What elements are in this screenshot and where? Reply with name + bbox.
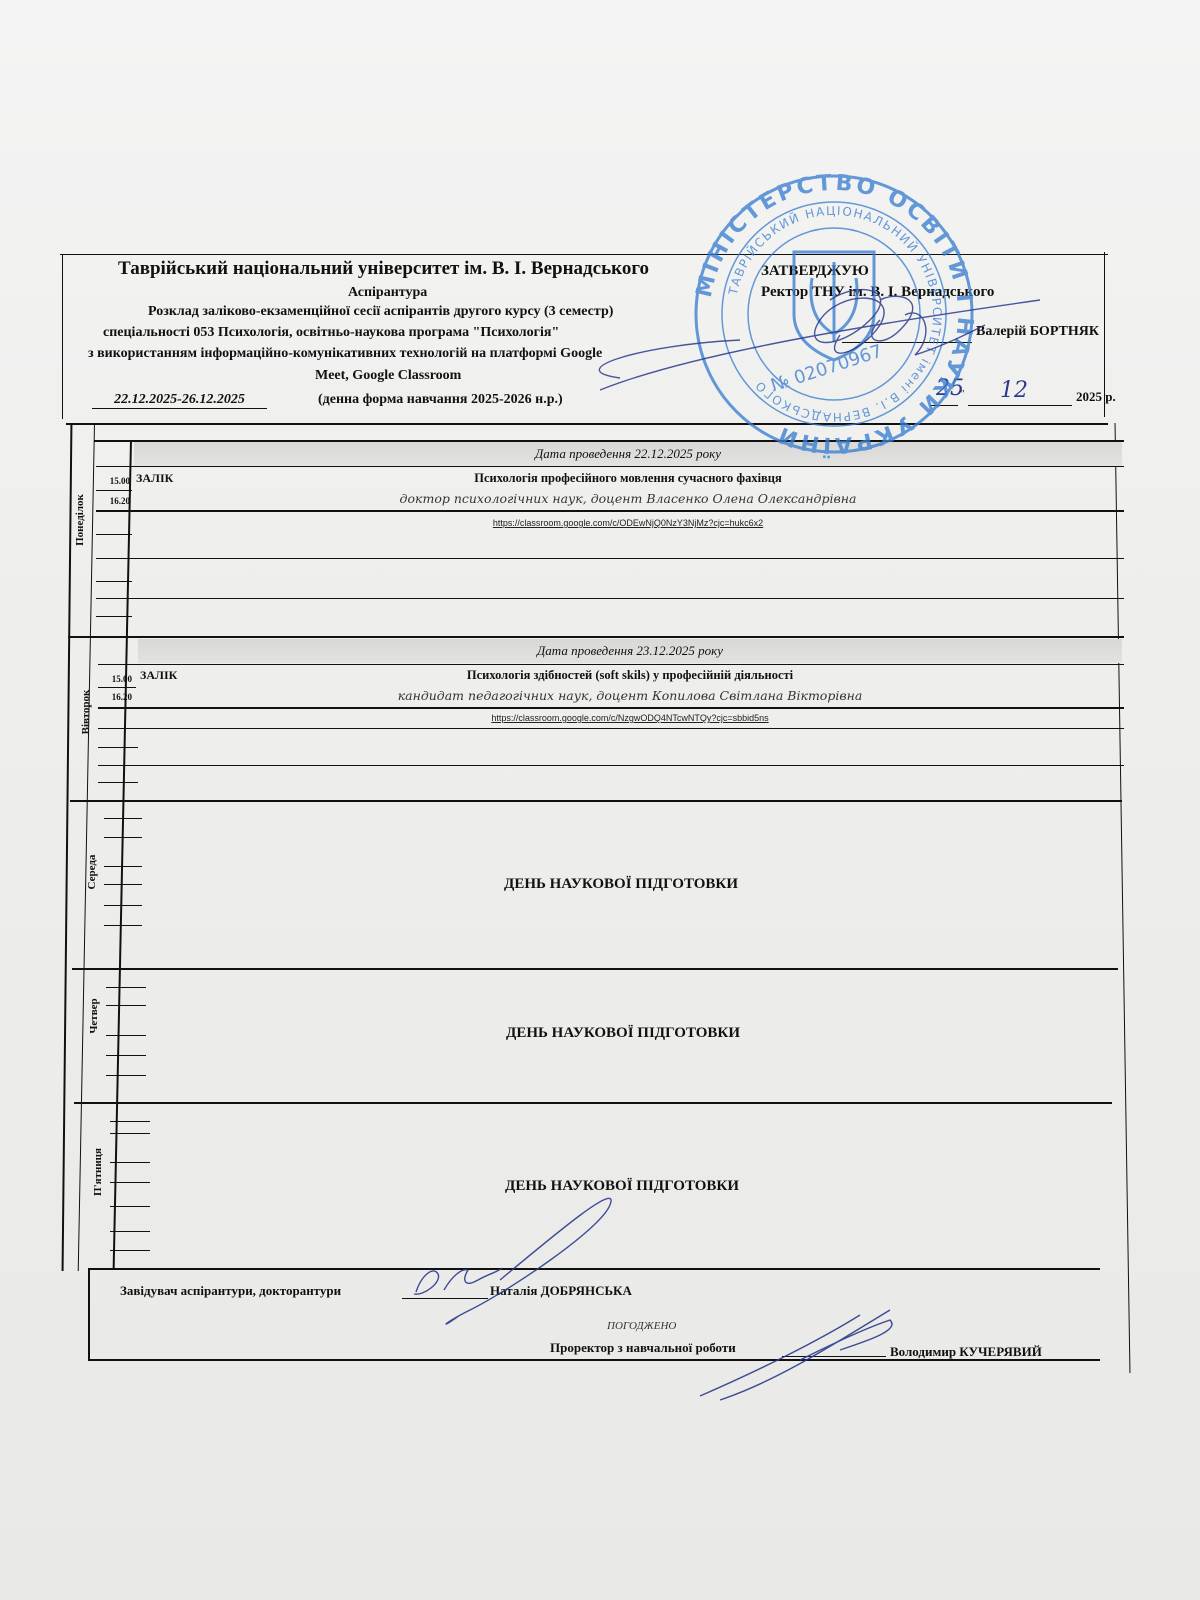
university-name: Таврійський національний університет ім.… <box>118 258 649 280</box>
time-column-rule <box>113 440 132 1270</box>
ict-line-1: з використанням інформаційно-комунікатив… <box>88 346 602 362</box>
rule <box>106 1075 146 1076</box>
approve-label: ЗАТВЕРДЖУЮ <box>761 263 869 280</box>
rule <box>104 837 142 838</box>
footer-left-rule <box>88 1268 90 1360</box>
rule <box>96 534 132 535</box>
monday-classroom-link[interactable]: https://classroom.google.com/c/ODEwNjQ0N… <box>134 518 1122 528</box>
wednesday-note: ДЕНЬ НАУКОВОЇ ПІДГОТОВКИ <box>146 876 1096 893</box>
rule <box>98 782 138 783</box>
monday-date: Дата проведення 22.12.2025 року <box>134 442 1122 466</box>
rule <box>98 728 1124 729</box>
rule <box>104 818 142 819</box>
tuesday-teacher: кандидат педагогічних наук, доцент Копил… <box>138 688 1122 703</box>
tuesday-subject: Психологія здібностей (soft skils) у про… <box>138 668 1122 683</box>
rule <box>96 490 132 491</box>
prorector-signature-line <box>782 1356 886 1357</box>
rule <box>106 1055 146 1056</box>
head-name: Наталія ДОБРЯНСЬКА <box>490 1283 632 1299</box>
rule <box>98 765 1124 766</box>
rule <box>96 616 132 617</box>
quote-mark: " <box>960 388 965 400</box>
rule <box>110 1250 150 1251</box>
rule <box>106 1005 146 1006</box>
table-left-rule <box>62 423 73 1271</box>
rule <box>110 1182 150 1183</box>
rule <box>98 664 1124 665</box>
tuesday-classroom-link[interactable]: https://classroom.google.com/c/NzgwODQ4N… <box>138 713 1122 723</box>
friday-note: ДЕНЬ НАУКОВОЇ ПІДГОТОВКИ <box>152 1178 1092 1195</box>
rule <box>104 866 142 867</box>
rule <box>96 581 132 582</box>
day-label-thursday: Четвер <box>88 976 100 1056</box>
prorector-name: Володимир КУЧЕРЯВИЙ <box>890 1344 1042 1360</box>
agreed-label: ПОГОДЖЕНО <box>607 1320 676 1332</box>
monday-subject: Психологія професійного мовлення сучасно… <box>134 471 1122 486</box>
thursday-note: ДЕНЬ НАУКОВОЇ ПІДГОТОВКИ <box>150 1025 1096 1042</box>
monday-teacher: доктор психологічних наук, доцент Власен… <box>134 491 1122 506</box>
rule <box>98 707 1124 709</box>
department: Аспірантура <box>348 285 427 301</box>
rector-title: Ректор ТНУ ім. В. І. Вернадського <box>761 284 994 301</box>
document-page: Таврійський національний університет ім.… <box>0 0 1200 1600</box>
rule <box>106 1035 146 1036</box>
svg-text:ТАВРІЙСЬКИЙ НАЦІОНАЛЬНИЙ УНІВЕ: ТАВРІЙСЬКИЙ НАЦІОНАЛЬНИЙ УНІВЕРСИТЕТ іме… <box>726 204 944 424</box>
rector-signature-icon <box>599 290 1040 390</box>
university-stamp-icon: МІНІСТЕРСТВО ОСВІТИ І НАУКИ УКРАЇНИ ТАВР… <box>692 171 977 458</box>
rule <box>110 1162 150 1163</box>
tuesday-start-time: 15.00 <box>100 674 132 684</box>
day-label-monday: Понеділок <box>74 480 86 560</box>
study-form: (денна форма навчання 2025-2026 н.р.) <box>318 392 563 408</box>
header-top-rule <box>60 254 1108 255</box>
day-label-tuesday: Вівторок <box>80 672 92 752</box>
rule <box>96 510 1124 512</box>
ict-line-2: Meet, Google Classroom <box>315 368 461 384</box>
rule <box>98 747 138 748</box>
monday-end-time: 16.20 <box>98 496 130 506</box>
specialty: спеціальності 053 Психологія, освітньо-н… <box>103 325 559 341</box>
approval-year: 2025 р. <box>1076 389 1116 405</box>
head-signature-icon <box>414 1198 611 1324</box>
prorector-title: Проректор з навчальної роботи <box>550 1340 736 1356</box>
day-label-friday: П'ятниця <box>92 1132 104 1212</box>
rule <box>98 687 136 688</box>
rule <box>104 925 142 926</box>
friday-top-rule <box>74 1102 1112 1104</box>
rule <box>106 987 146 988</box>
header-left-rule <box>62 254 63 419</box>
tuesday-end-time: 16.20 <box>100 692 132 702</box>
wednesday-top-rule <box>70 800 1122 802</box>
tuesday-top-rule <box>68 636 1124 638</box>
footer-top-rule <box>88 1268 1100 1270</box>
rector-name: Валерій БОРТНЯК <box>976 324 1099 340</box>
rule <box>104 884 142 885</box>
rule <box>96 598 1124 599</box>
rule <box>104 905 142 906</box>
rule <box>110 1133 150 1134</box>
day-label-wednesday: Середа <box>86 832 98 912</box>
table-top-rule <box>66 423 1108 425</box>
head-title: Завідувач аспірантури, докторантури <box>120 1283 341 1299</box>
rector-signature-line <box>842 342 972 343</box>
head-signature-line <box>402 1298 488 1299</box>
month-blank <box>968 405 1072 406</box>
schedule-title: Розклад заліково-екзаменційної сесії асп… <box>148 304 613 320</box>
day-blank <box>930 405 958 406</box>
tuesday-date: Дата проведення 23.12.2025 року <box>138 639 1122 663</box>
monday-start-time: 15.00 <box>98 476 130 486</box>
rule <box>110 1206 150 1207</box>
thursday-top-rule <box>72 968 1118 970</box>
table-right-rule <box>1115 423 1131 1373</box>
rule <box>110 1121 150 1122</box>
period: 22.12.2025-26.12.2025 <box>92 392 267 409</box>
svg-text:№ 02070967: № 02070967 <box>768 341 885 397</box>
rule <box>110 1231 150 1232</box>
month-handwritten: 12 <box>1000 378 1028 403</box>
rule <box>96 466 1124 467</box>
rule <box>96 558 1124 559</box>
svg-text:МІНІСТЕРСТВО ОСВІТИ І НАУКИ УК: МІНІСТЕРСТВО ОСВІТИ І НАУКИ УКРАЇНИ <box>692 171 977 458</box>
